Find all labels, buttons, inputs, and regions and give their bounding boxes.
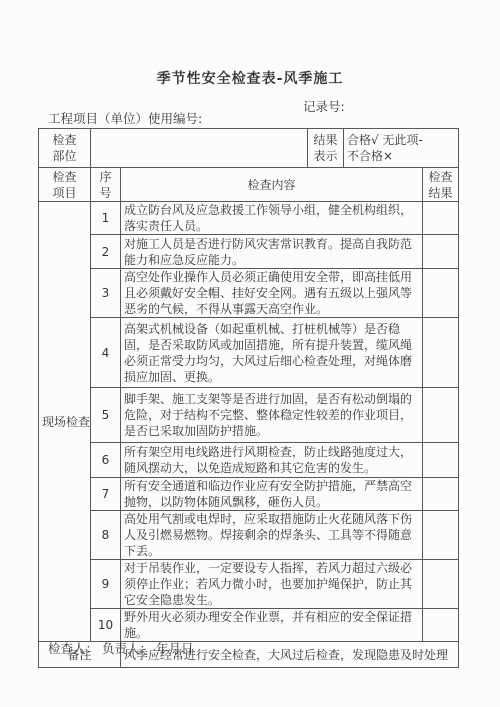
row-content: 高空处作业操作人员必须正确使用安全带，即高挂低用且必须戴好安全帽、挂好安全网。遇… [121, 269, 423, 318]
footer-signature-line: 检查人： 负责人： 年月日 [48, 639, 193, 657]
table-row: 现场检查 1 成立防台风及应急救援工作领导小组，健全机构组织，落实责任人员。 [39, 202, 459, 235]
item-label: 检查项目 [53, 169, 77, 201]
result-legend-line1: 合格√ 无此项- [347, 132, 455, 148]
row-number: 1 [91, 202, 121, 235]
table-row: 10 野外用火必须办理安全作业票，并有相应的安全保证措施。 [39, 609, 459, 642]
result-header-label: 检查结果 [429, 169, 453, 201]
row-content: 高处用气割或电焊时，应采取措施防止火花随风落下伤人及引燃易燃物。焊接剩余的焊条头… [121, 511, 423, 560]
table-row: 2 对施工人员是否进行防风灾害常识教育。提高自我防范能力和应急反应能力。 [39, 235, 459, 269]
row-result-cell [423, 318, 459, 388]
site-inspection-label: 现场检查 [39, 202, 91, 642]
row-number: 4 [91, 318, 121, 388]
row-number: 2 [91, 235, 121, 269]
table-row: 9 对于吊装作业，一定要设专人指挥，若风力超过六级必须停止作业；若风力微小时，也… [39, 560, 459, 609]
row-number: 5 [91, 388, 121, 443]
table-row: 4 高架式机械设备（如起重机械、打桩机械等）是否稳固，是否采取防风或加固措施，所… [39, 318, 459, 388]
row-result-cell [423, 388, 459, 443]
row-result-cell [423, 511, 459, 560]
row-content: 脚手架、施工支架等是否进行加固，是否有松动倒塌的危险，对于结构不完整、整体稳定性… [121, 388, 423, 443]
row-content: 成立防台风及应急救援工作领导小组，健全机构组织，落实责任人员。 [121, 202, 423, 235]
row-number: 8 [91, 511, 121, 560]
serial-no-header-cell: 序号 [91, 168, 121, 202]
result-header-cell: 检查结果 [423, 168, 459, 202]
document-page: 季节性安全检查表-风季施工 记录号: 工程项目（单位）使用编号: 检查部位 结果… [0, 0, 500, 707]
serial-no-label: 序号 [100, 169, 112, 201]
row-content: 对施工人员是否进行防风灾害常识教育。提高自我防范能力和应急反应能力。 [121, 235, 423, 269]
row-number: 10 [91, 609, 121, 642]
table-row: 7 所有安全通道和临边作业应有安全防护措施，严禁高空抛物，以防物体随风飘移，砸伤… [39, 478, 459, 511]
result-legend-line2: 不合格× [347, 148, 455, 164]
result-indication-cell: 结果表示 [308, 129, 344, 168]
item-label-cell: 检查项目 [39, 168, 91, 202]
part-label: 检查部位 [53, 132, 77, 164]
content-header-cell: 检查内容 [121, 168, 423, 202]
record-number-label: 记录号: [303, 97, 345, 115]
part-label-cell: 检查部位 [39, 129, 91, 168]
row-number: 3 [91, 269, 121, 318]
table-row: 5 脚手架、施工支架等是否进行加固，是否有松动倒塌的危险，对于结构不完整、整体稳… [39, 388, 459, 443]
part-value-cell [91, 129, 308, 168]
row-content: 高架式机械设备（如起重机械、打桩机械等）是否稳固，是否采取防风或加固措施，所有提… [121, 318, 423, 388]
row-result-cell [423, 202, 459, 235]
row-content: 对于吊装作业，一定要设专人指挥，若风力超过六级必须停止作业；若风力微小时，也要加… [121, 560, 423, 609]
row-result-cell [423, 609, 459, 642]
table-row: 检查部位 结果表示 合格√ 无此项- 不合格× [39, 129, 459, 168]
row-number: 7 [91, 478, 121, 511]
table-row: 8 高处用气割或电焊时，应采取措施防止火花随风落下伤人及引燃易燃物。焊接剩余的焊… [39, 511, 459, 560]
row-content: 所有安全通道和临边作业应有安全防护措施，严禁高空抛物，以防物体随风飘移，砸伤人员… [121, 478, 423, 511]
table-row: 检查项目 序号 检查内容 检查结果 [39, 168, 459, 202]
table-row: 3 高空处作业操作人员必须正确使用安全带，即高挂低用且必须戴好安全帽、挂好安全网… [39, 269, 459, 318]
row-number: 6 [91, 443, 121, 478]
row-result-cell [423, 560, 459, 609]
inspection-table: 检查部位 结果表示 合格√ 无此项- 不合格× 检查项目 序号 检查内容 检查结… [38, 128, 459, 668]
row-number: 9 [91, 560, 121, 609]
row-result-cell [423, 478, 459, 511]
result-indication-label: 结果表示 [314, 132, 338, 164]
row-content: 所有架空用电线路进行风期检查，防止线路弛度过大，随风摆动大，以免造成短路和其它危… [121, 443, 423, 478]
page-title: 季节性安全检查表-风季施工 [0, 68, 500, 88]
row-result-cell [423, 235, 459, 269]
row-result-cell [423, 443, 459, 478]
project-usage-label: 工程项目（单位）使用编号: [48, 109, 202, 127]
result-legend-cell: 合格√ 无此项- 不合格× [344, 129, 459, 168]
table-row: 6 所有架空用电线路进行风期检查，防止线路弛度过大，随风摆动大，以免造成短路和其… [39, 443, 459, 478]
row-content: 野外用火必须办理安全作业票，并有相应的安全保证措施。 [121, 609, 423, 642]
row-result-cell [423, 269, 459, 318]
